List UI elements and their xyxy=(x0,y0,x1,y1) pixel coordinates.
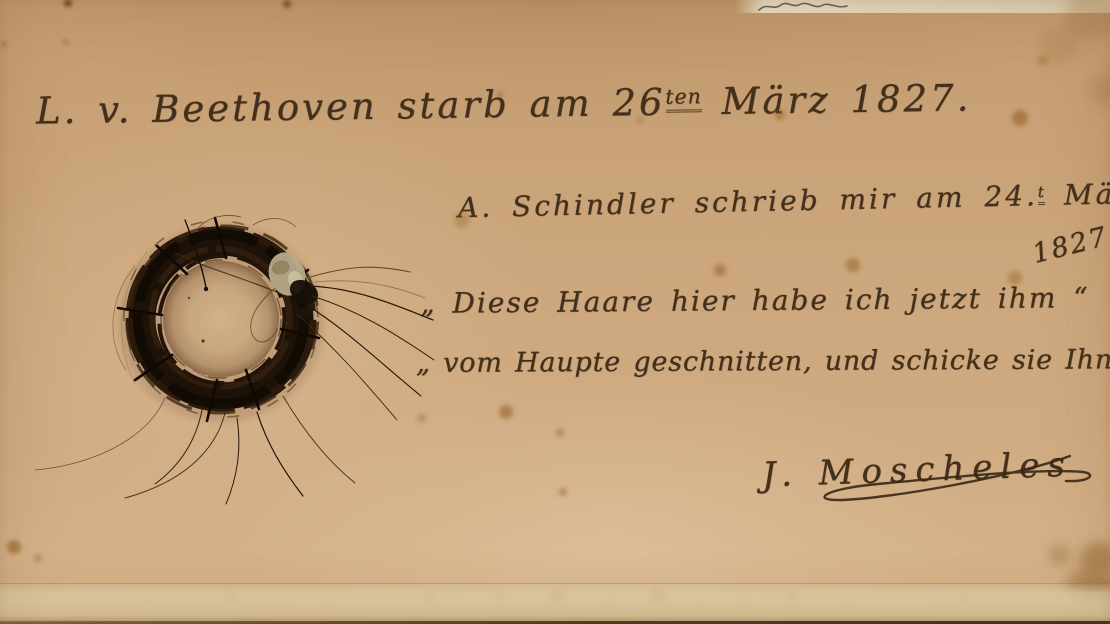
lock-of-hair xyxy=(25,205,440,515)
manuscript-photo: L. v. Beethoven starb am 26ten März 1827… xyxy=(0,0,1110,624)
signature-flourish xyxy=(790,448,1100,510)
death-line-part1: L. v. Beethoven starb am 26 xyxy=(36,81,666,133)
death-date-line: L. v. Beethoven starb am 26ten März 1827… xyxy=(36,78,972,132)
death-line-superscript: ten xyxy=(665,84,702,113)
dark-specks xyxy=(2,0,291,46)
bottom-paper-edge-band xyxy=(0,582,1110,624)
speck xyxy=(188,297,191,300)
quote-line-1: „ Diese Haare hier habe ich jetzt ihm “ xyxy=(420,283,1090,320)
speck xyxy=(201,339,204,342)
quote-line-2: „ vom Haupte geschnitten, und schicke si… xyxy=(416,345,1110,379)
death-line-part2: März 1827. xyxy=(702,76,972,123)
hair-end-dot xyxy=(204,287,208,291)
hair-coil-hole xyxy=(163,261,279,377)
wrapped-year: 1827 xyxy=(1030,222,1110,269)
cut-off-writing-fragment xyxy=(757,0,852,13)
schindler-line-part2: März xyxy=(1045,177,1110,212)
adjacent-sheet-edge xyxy=(735,0,1110,13)
schindler-line-part1: A. Schindler schrieb mir am 24. xyxy=(458,179,1039,224)
schindler-line: A. Schindler schrieb mir am 24.t März xyxy=(458,179,1110,224)
